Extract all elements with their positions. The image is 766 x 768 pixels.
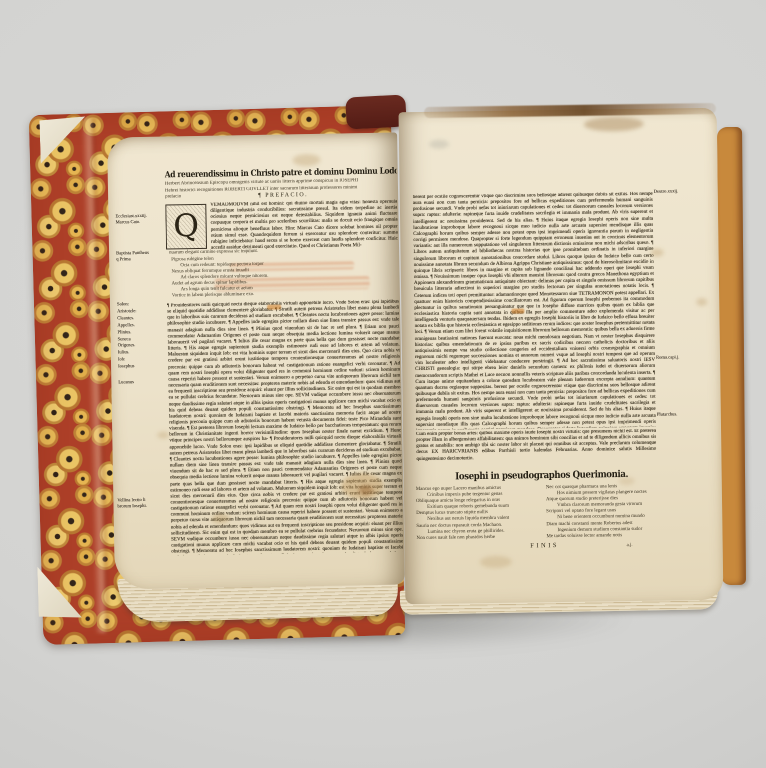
margin-note-group: Vellina lectio librorum Iosephi. bbox=[117, 497, 169, 509]
margin-note-line: Iosephus bbox=[118, 363, 168, 371]
preface-opening-paragraph: QVEMADMODVM nihil est homini: qui diuino… bbox=[165, 200, 398, 254]
querimonia-heading: Iosephi in pseudographos Querimonia. bbox=[442, 469, 642, 483]
initial-letter: Q bbox=[173, 208, 199, 244]
margin-note-group: Baptista Pantheusq Prima bbox=[116, 250, 166, 262]
margin-note-line: Deutro.xxxij. bbox=[654, 188, 714, 194]
margin-note-group: Lucanus bbox=[118, 379, 168, 385]
querimonia-poem-left-column: Mancus ego nuper Lacero manibus amictusC… bbox=[416, 485, 547, 542]
signature-mark: a.j. bbox=[627, 543, 633, 548]
foxing-spot bbox=[480, 556, 512, 568]
foxing-spot bbox=[292, 154, 320, 166]
photograph-of-open-antique-book: Ecclesiast.xxxiij.Marcus Cato. Baptista … bbox=[0, 0, 766, 768]
preface-opening-text: VEMADMODVM nihil est homini: qui diuino … bbox=[210, 200, 398, 251]
margin-note-group: Deutro.xxxij. bbox=[654, 188, 714, 194]
margin-note-line: brorum Iosephi. bbox=[117, 502, 169, 509]
querimonia-poem-right-column: Nec cot quasque pharmaca una lenisHos ni… bbox=[546, 483, 675, 540]
epistle-main-text: berent per ocstile cognoscerentur vtique… bbox=[413, 192, 656, 430]
margin-note-group: Roma.capi.j. bbox=[656, 354, 716, 360]
foxing-spot bbox=[157, 432, 169, 439]
margin-note-line: Roma.capi.j. bbox=[656, 354, 716, 360]
foxing-spot bbox=[696, 298, 707, 306]
ink-smudge bbox=[511, 309, 524, 314]
margin-note-line: Lucanus bbox=[118, 379, 168, 385]
preface-main-text: ¶ Prouideratores nulli quicquid noctu di… bbox=[167, 299, 403, 555]
foxing-spot bbox=[651, 249, 664, 257]
margin-note-line: q Prima bbox=[116, 255, 166, 261]
margin-note-group: Ecclesiast.xxxiij.Marcus Cato. bbox=[115, 213, 165, 225]
margin-note-group: Plutarchus. bbox=[657, 411, 717, 417]
ink-smudge bbox=[267, 305, 281, 310]
smudge-spot bbox=[429, 140, 449, 149]
margin-note-group: Solon:Aristotele:Cleantes.Appelles.Plini… bbox=[117, 301, 168, 371]
margin-note-line: Plutarchus. bbox=[657, 411, 717, 417]
foxing-spot bbox=[584, 117, 644, 132]
right-page: Deutro.xxxij. Roma.capi.j. Plutarchus. b… bbox=[399, 108, 724, 604]
poem-line: Non cures nauit fale non phasidos herbe bbox=[416, 534, 546, 542]
poem-line: Me tardas soluisse lector amande notis bbox=[546, 532, 674, 540]
latin-verse-block: Pigrosa rubigine telonOcia cum redeunt: … bbox=[171, 254, 362, 299]
spine-head-leather bbox=[345, 94, 407, 129]
left-page: Ecclesiast.xxxiij.Marcus Cato. Baptista … bbox=[107, 133, 405, 590]
finis-colophon: FINIS bbox=[495, 542, 595, 550]
woodcut-initial-Q: Q bbox=[165, 204, 207, 250]
colophon-text: Cum enim propter bonas artes: quibus max… bbox=[416, 429, 656, 464]
margin-note-line: Marcus Cato. bbox=[116, 218, 166, 224]
